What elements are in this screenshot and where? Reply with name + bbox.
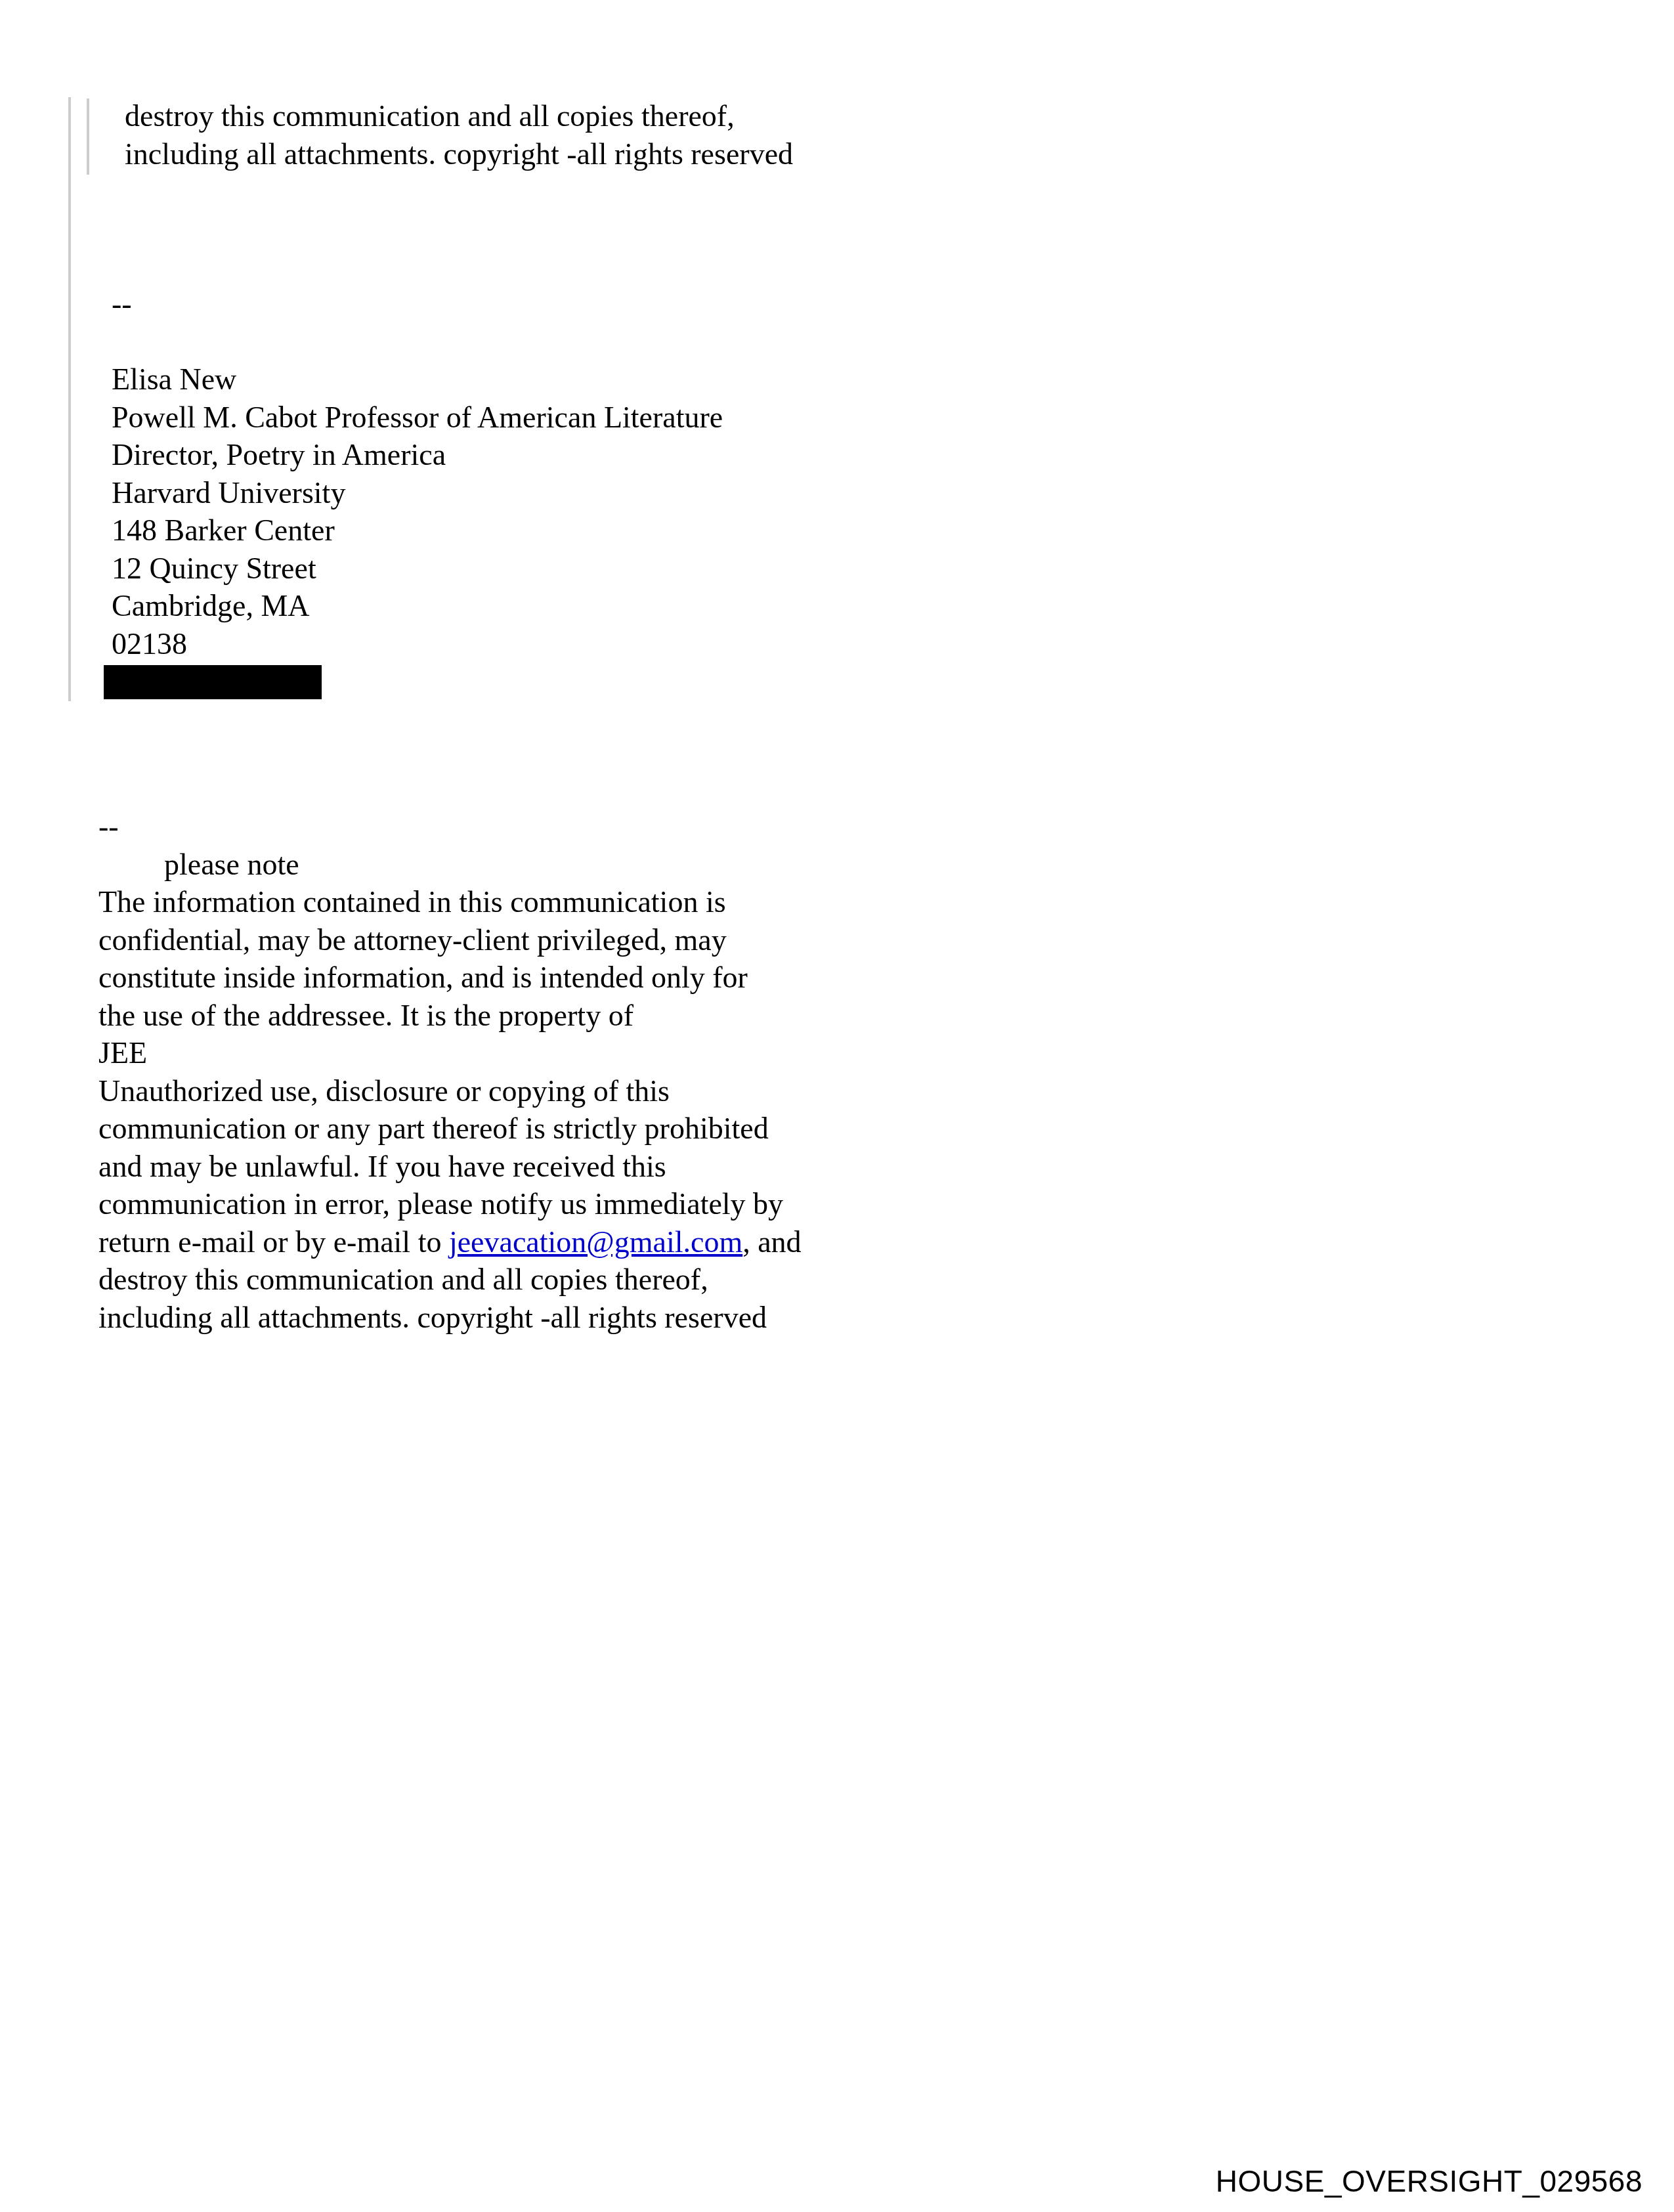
quoted-line: including all attachments. copyright -al…	[125, 135, 793, 173]
signature-address-line1: 148 Barker Center	[112, 511, 723, 550]
disclaimer-line: constitute inside information, and is in…	[98, 959, 802, 997]
quoted-line: destroy this communication and all copie…	[125, 97, 793, 135]
signature-zip: 02138	[112, 625, 723, 663]
redaction-box	[104, 665, 322, 699]
signature-address-line2: 12 Quincy Street	[112, 550, 723, 588]
disclaimer-line: JEE	[98, 1034, 802, 1072]
disclaimer-line: communication in error, please notify us…	[98, 1185, 802, 1223]
disclaimer-line: The information contained in this commun…	[98, 883, 802, 921]
email-signature: -- Elisa New Powell M. Cabot Professor o…	[112, 285, 723, 699]
signature-title: Powell M. Cabot Professor of American Li…	[112, 399, 723, 437]
email-line-prefix: return e-mail or by e-mail to	[98, 1225, 449, 1259]
disclaimer-line: including all attachments. copyright -al…	[98, 1299, 802, 1337]
disclaimer-line: confidential, may be attorney-client pri…	[98, 921, 802, 959]
disclaimer-heading: please note	[98, 846, 802, 884]
email-line-suffix: , and	[742, 1225, 801, 1259]
signature-institution: Harvard University	[112, 474, 723, 512]
disclaimer-line: and may be unlawful. If you have receive…	[98, 1148, 802, 1186]
quote-bar-inner	[87, 98, 89, 175]
signature-city-state: Cambridge, MA	[112, 587, 723, 625]
signature-separator: --	[112, 285, 723, 323]
signature-role: Director, Poetry in America	[112, 436, 723, 474]
disclaimer-line: the use of the addressee. It is the prop…	[98, 997, 802, 1035]
confidentiality-disclaimer: -- please note The information contained…	[98, 808, 802, 1336]
signature-name: Elisa New	[112, 360, 723, 399]
quoted-disclaimer-tail: destroy this communication and all copie…	[125, 97, 793, 173]
disclaimer-email-line: return e-mail or by e-mail to jeevacatio…	[98, 1223, 802, 1261]
disclaimer-separator: --	[98, 808, 802, 846]
bates-number: HOUSE_OVERSIGHT_029568	[1216, 2163, 1642, 2199]
disclaimer-line: destroy this communication and all copie…	[98, 1261, 802, 1299]
disclaimer-line: Unauthorized use, disclosure or copying …	[98, 1072, 802, 1110]
disclaimer-line: communication or any part thereof is str…	[98, 1110, 802, 1148]
quote-bar-outer	[68, 97, 71, 701]
email-link[interactable]: jeevacation@gmail.com	[449, 1225, 742, 1259]
